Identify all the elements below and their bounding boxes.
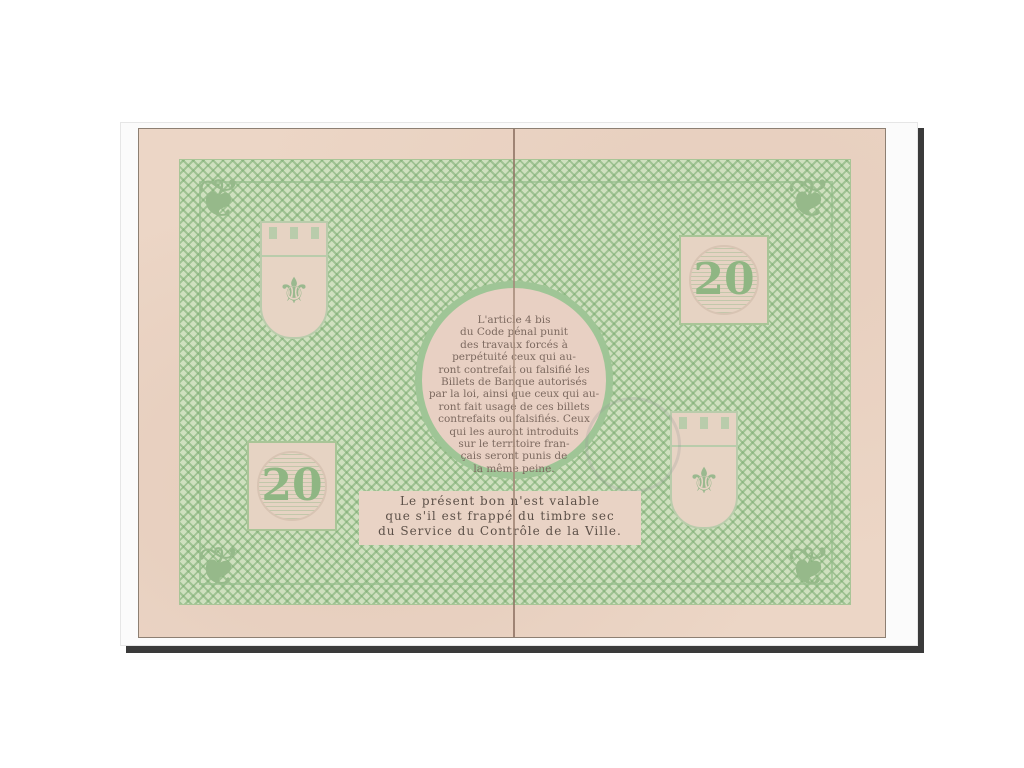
dry-seal-stamp — [585, 397, 681, 493]
fleur-de-lis-icon: ⚜ — [670, 445, 738, 529]
banknote: ❦ ❦ ❦ ❦ ⚜ ⚜ 20 20 L'article 4 bis du Cod… — [138, 128, 886, 638]
fleur-de-lis-icon: ⚜ — [260, 255, 328, 339]
denomination-value: 20 — [249, 443, 335, 529]
denomination-box-top-right: 20 — [679, 235, 769, 325]
fold-crease — [513, 129, 515, 637]
validity-notice: Le présent bon n'est valable que s'il es… — [359, 491, 641, 545]
denomination-value: 20 — [681, 237, 767, 323]
denomination-box-bottom-left: 20 — [247, 441, 337, 531]
mural-crown-icon — [260, 221, 328, 255]
corner-ornament-icon: ❦ — [769, 527, 849, 607]
city-crest-left: ⚜ — [259, 221, 329, 339]
corner-ornament-icon: ❦ — [769, 159, 849, 239]
corner-ornament-icon: ❦ — [179, 527, 259, 607]
city-crest-right: ⚜ — [669, 411, 739, 529]
corner-ornament-icon: ❦ — [179, 159, 259, 239]
